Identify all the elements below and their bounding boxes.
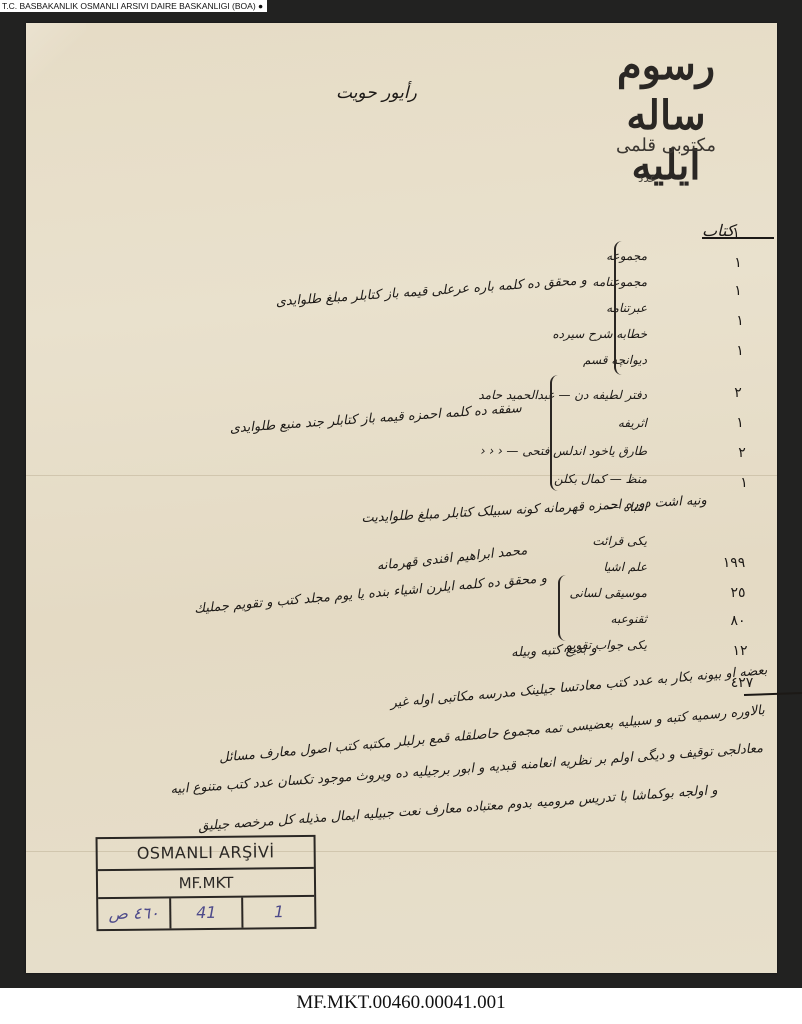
count-value: ٢: [722, 445, 762, 461]
count-value: ١: [720, 415, 760, 431]
document-heading: رأیور حویت: [336, 83, 417, 103]
count-value: ١: [720, 343, 760, 359]
list-item: علم اشیا: [537, 554, 647, 580]
fold-crease: [26, 475, 777, 476]
list-item: طارق یاخود اندلس فتحی — ‹ ‹ ‹: [447, 437, 647, 465]
list-item: یکی قرائت: [537, 528, 647, 554]
stamp-cell-item: 41: [169, 898, 242, 929]
count-value: ١٩٩: [714, 555, 754, 571]
archive-stamp: OSMANLI ARŞİVİ MF.MKT ٤٦٠ ص 41 1: [96, 835, 317, 931]
list-item: موسیقی لسانی ثقنوعبه: [537, 580, 647, 632]
bracket: [614, 241, 626, 375]
stamp-cell-folder: ٤٦٠ ص: [98, 898, 169, 929]
count-value: ١: [720, 313, 760, 329]
bracket: [558, 575, 570, 641]
reference-code: MF.MKT.00460.00041.001: [0, 988, 802, 1024]
letterhead-number-label: عدد: [638, 171, 657, 185]
stamp-cell-page: 1: [241, 897, 314, 928]
count-value: ٨٠: [718, 613, 758, 629]
book-list-group-3: یکی قرائت علم اشیا موسیقی لسانی ثقنوعبه …: [537, 528, 647, 658]
archive-header-label: T.C. BASBAKANLIK OSMANLI ARSIVI DAIRE BA…: [0, 0, 267, 12]
group-3-description: و محقق ده کلمه ایلرن اشیاء بنده یا یوم م…: [194, 571, 548, 617]
count-value: ٢: [718, 385, 758, 401]
count-value: ١: [718, 255, 758, 271]
count-value: ١٢: [720, 643, 760, 659]
list-item: منظ — كمال بكلن: [447, 465, 647, 493]
stamp-title: OSMANLI ARŞİVİ: [98, 837, 314, 871]
count-value: ١: [716, 225, 756, 241]
document-page: رسوم ساله ایلیه مکتوبی قلمی عدد رأیور حو…: [26, 23, 777, 973]
letterhead-subtitle: مکتوبی قلمی: [616, 135, 716, 156]
count-value: ١: [724, 475, 764, 491]
paragraph-line: و اولجه بوکماشا با تدریس مرومیه بدوم معت…: [197, 783, 717, 834]
count-value: ١: [718, 283, 758, 299]
group-3-bracket-text: محمد ابراهیم افندی قهرمانه: [376, 543, 528, 574]
stamp-collection: MF.MKT: [98, 869, 314, 899]
bracket: [550, 375, 562, 491]
corner-fold: [26, 23, 86, 83]
count-value: ٢٥: [718, 585, 758, 601]
paragraph-line: بعضه او بیونه بکار به عدد کتب معادتسا جی…: [389, 663, 767, 711]
stamp-reference-cells: ٤٦٠ ص 41 1: [98, 897, 314, 929]
letterhead-emblem: رسوم ساله ایلیه: [596, 41, 736, 131]
